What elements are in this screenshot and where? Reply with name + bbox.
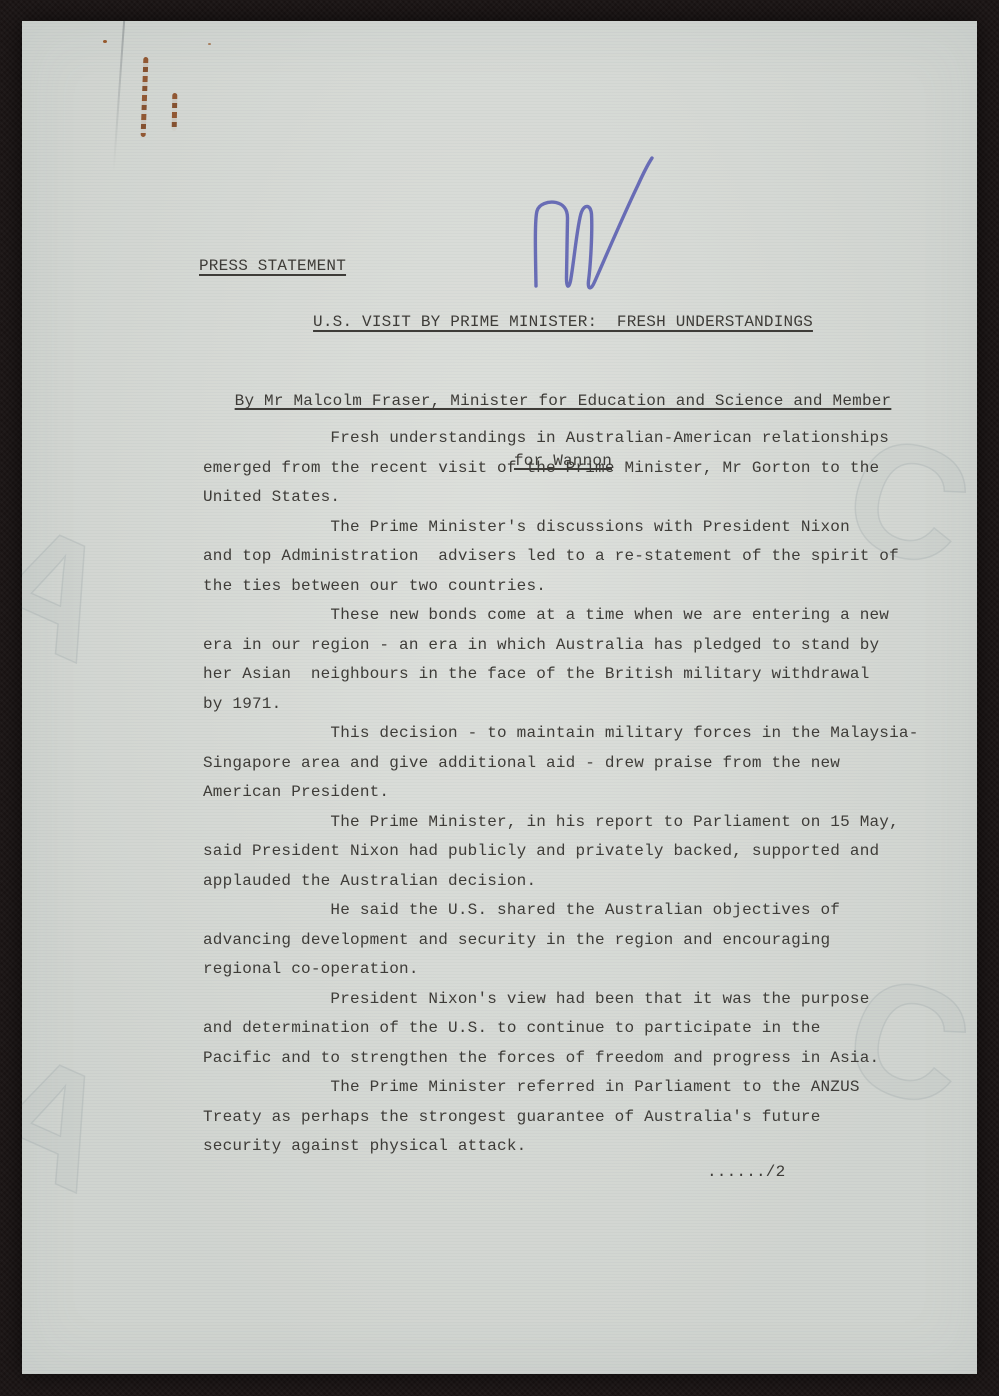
text-line: said President Nixon had publicly and pr… xyxy=(203,837,943,867)
document-body: Fresh understandings in Australian-Ameri… xyxy=(203,424,943,1162)
page-continuation-marker: ....../2 xyxy=(707,1163,785,1181)
stain-speck xyxy=(103,40,107,43)
watermark-letter-a: A xyxy=(22,494,135,687)
byline-line-1: By Mr Malcolm Fraser, Minister for Educa… xyxy=(203,391,923,411)
text-line: security against physical attack. xyxy=(203,1132,943,1162)
text-line: era in our region - an era in which Aust… xyxy=(203,631,943,661)
text-line: the ties between our two countries. xyxy=(203,572,943,602)
text-line: United States. xyxy=(203,483,943,513)
text-line: emerged from the recent visit of the Pri… xyxy=(203,454,943,484)
text-line: He said the U.S. shared the Australian o… xyxy=(203,896,943,926)
text-line: and top Administration advisers led to a… xyxy=(203,542,943,572)
text-line: and determination of the U.S. to continu… xyxy=(203,1014,943,1044)
text-line: President Nixon's view had been that it … xyxy=(203,985,943,1015)
text-line: This decision - to maintain military for… xyxy=(203,719,943,749)
text-line: These new bonds come at a time when we a… xyxy=(203,601,943,631)
signature-ink xyxy=(527,156,687,321)
text-line: by 1971. xyxy=(203,690,943,720)
document-title: U.S. VISIT BY PRIME MINISTER: FRESH UNDE… xyxy=(203,313,923,331)
text-line: Singapore area and give additional aid -… xyxy=(203,749,943,779)
text-line: American President. xyxy=(203,778,943,808)
document-page: A A C C PRESS STATEMENT U.S. VISIT BY PR… xyxy=(22,21,977,1374)
rust-mark xyxy=(141,57,149,137)
scan-background: { "palette": { "background_color": "#191… xyxy=(0,0,999,1396)
text-line: The Prime Minister's discussions with Pr… xyxy=(203,513,943,543)
text-line: Pacific and to strengthen the forces of … xyxy=(203,1044,943,1074)
watermark-letter-a: A xyxy=(22,1024,135,1217)
text-line: The Prime Minister, in his report to Par… xyxy=(203,808,943,838)
text-line: The Prime Minister referred in Parliamen… xyxy=(203,1073,943,1103)
text-line: Treaty as perhaps the strongest guarante… xyxy=(203,1103,943,1133)
text-line: applauded the Australian decision. xyxy=(203,867,943,897)
stain-speck xyxy=(208,43,211,45)
text-line: Fresh understandings in Australian-Ameri… xyxy=(203,424,943,454)
paper-crease xyxy=(113,21,126,172)
rust-mark xyxy=(172,93,178,131)
press-statement-label: PRESS STATEMENT xyxy=(199,257,346,275)
text-line: her Asian neighbours in the face of the … xyxy=(203,660,943,690)
text-line: regional co-operation. xyxy=(203,955,943,985)
text-line: advancing development and security in th… xyxy=(203,926,943,956)
